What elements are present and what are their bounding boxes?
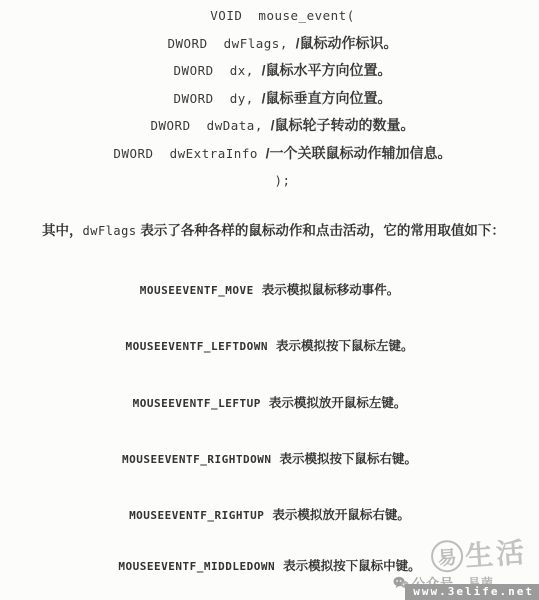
code-line: DWORD dwExtraInfo /一个关联鼠标动作辅加信息。 — [26, 140, 539, 168]
flag-line-leftdown: MOUSEEVENTF_LEFTDOWN表示模拟按下鼠标左键。 — [0, 336, 539, 355]
flag-line-rightup: MOUSEEVENTF_RIGHTUP表示模拟放开鼠标右键。 — [0, 505, 539, 524]
code-text: DWORD dwExtraInfo — [113, 146, 257, 161]
code-text: DWORD dwData, — [150, 118, 262, 133]
code-line: DWORD dx, /鼠标水平方向位置。 — [26, 57, 539, 85]
code-comment: /鼠标垂直方向位置。 — [254, 90, 392, 106]
flag-name: MOUSEEVENTF_LEFTUP — [133, 397, 261, 410]
watermark: 易 生活 公众号 易菌 www.3elife.net — [389, 533, 539, 600]
code-line: DWORD dy, /鼠标垂直方向位置。 — [26, 85, 539, 113]
paragraph-prefix: 其中， — [42, 223, 83, 238]
flag-description: 表示模拟按下鼠标左键。 — [276, 339, 414, 353]
flag-description: 表示模拟放开鼠标左键。 — [269, 396, 407, 410]
flag-name: MOUSEEVENTF_RIGHTDOWN — [122, 453, 272, 466]
code-comment: /鼠标动作标识。 — [288, 35, 398, 51]
code-comment: /一个关联鼠标动作辅加信息。 — [258, 145, 452, 161]
code-text: DWORD dx, — [174, 63, 254, 78]
document-page: VOID mouse_event( DWORD dwFlags, /鼠标动作标识… — [0, 0, 539, 600]
brand-logo-char: 易 — [437, 542, 458, 570]
flag-description: 表示模拟放开鼠标右键。 — [272, 508, 410, 522]
flag-name: MOUSEEVENTF_LEFTDOWN — [126, 340, 268, 353]
code-line: DWORD dwFlags, /鼠标动作标识。 — [26, 30, 539, 58]
brand-text: 生活 — [464, 531, 529, 575]
dwflags-intro-paragraph: 其中，dwFlags 表示了各种各样的鼠标动作和点击活动，它的常用取值如下： — [42, 219, 522, 239]
flag-description: 表示模拟鼠标移动事件。 — [262, 283, 400, 297]
code-line: DWORD dwData, /鼠标轮子转动的数量。 — [26, 112, 539, 140]
paragraph-code-term: dwFlags — [83, 224, 137, 238]
code-comment: /鼠标水平方向位置。 — [254, 62, 392, 78]
flag-description: 表示模拟按下鼠标右键。 — [280, 452, 418, 466]
flag-line-rightdown: MOUSEEVENTF_RIGHTDOWN表示模拟按下鼠标右键。 — [0, 449, 539, 468]
paragraph-suffix: 表示了各种各样的鼠标动作和点击活动，它的常用取值如下： — [137, 223, 505, 238]
code-comment: /鼠标轮子转动的数量。 — [263, 117, 415, 133]
code-text: DWORD dy, — [174, 91, 254, 106]
code-line: VOID mouse_event( — [26, 2, 539, 30]
watermark-brand: 易 生活 — [430, 531, 529, 578]
flag-name: MOUSEEVENTF_RIGHTUP — [129, 509, 264, 522]
mouse-event-code-block: VOID mouse_event( DWORD dwFlags, /鼠标动作标识… — [0, 2, 539, 195]
code-line: ); — [26, 167, 539, 195]
flag-name: MOUSEEVENTF_MIDDLEDOWN — [118, 560, 275, 573]
code-text: DWORD dwFlags, — [167, 36, 287, 51]
flag-line-move: MOUSEEVENTF_MOVE表示模拟鼠标移动事件。 — [0, 280, 539, 299]
flag-name: MOUSEEVENTF_MOVE — [140, 284, 254, 297]
flag-line-leftup: MOUSEEVENTF_LEFTUP表示模拟放开鼠标左键。 — [0, 393, 539, 412]
brand-logo-circle: 易 — [430, 539, 464, 573]
code-text: VOID mouse_event( — [210, 8, 354, 23]
code-text: ); — [274, 173, 290, 188]
watermark-website: www.3elife.net — [405, 584, 539, 600]
